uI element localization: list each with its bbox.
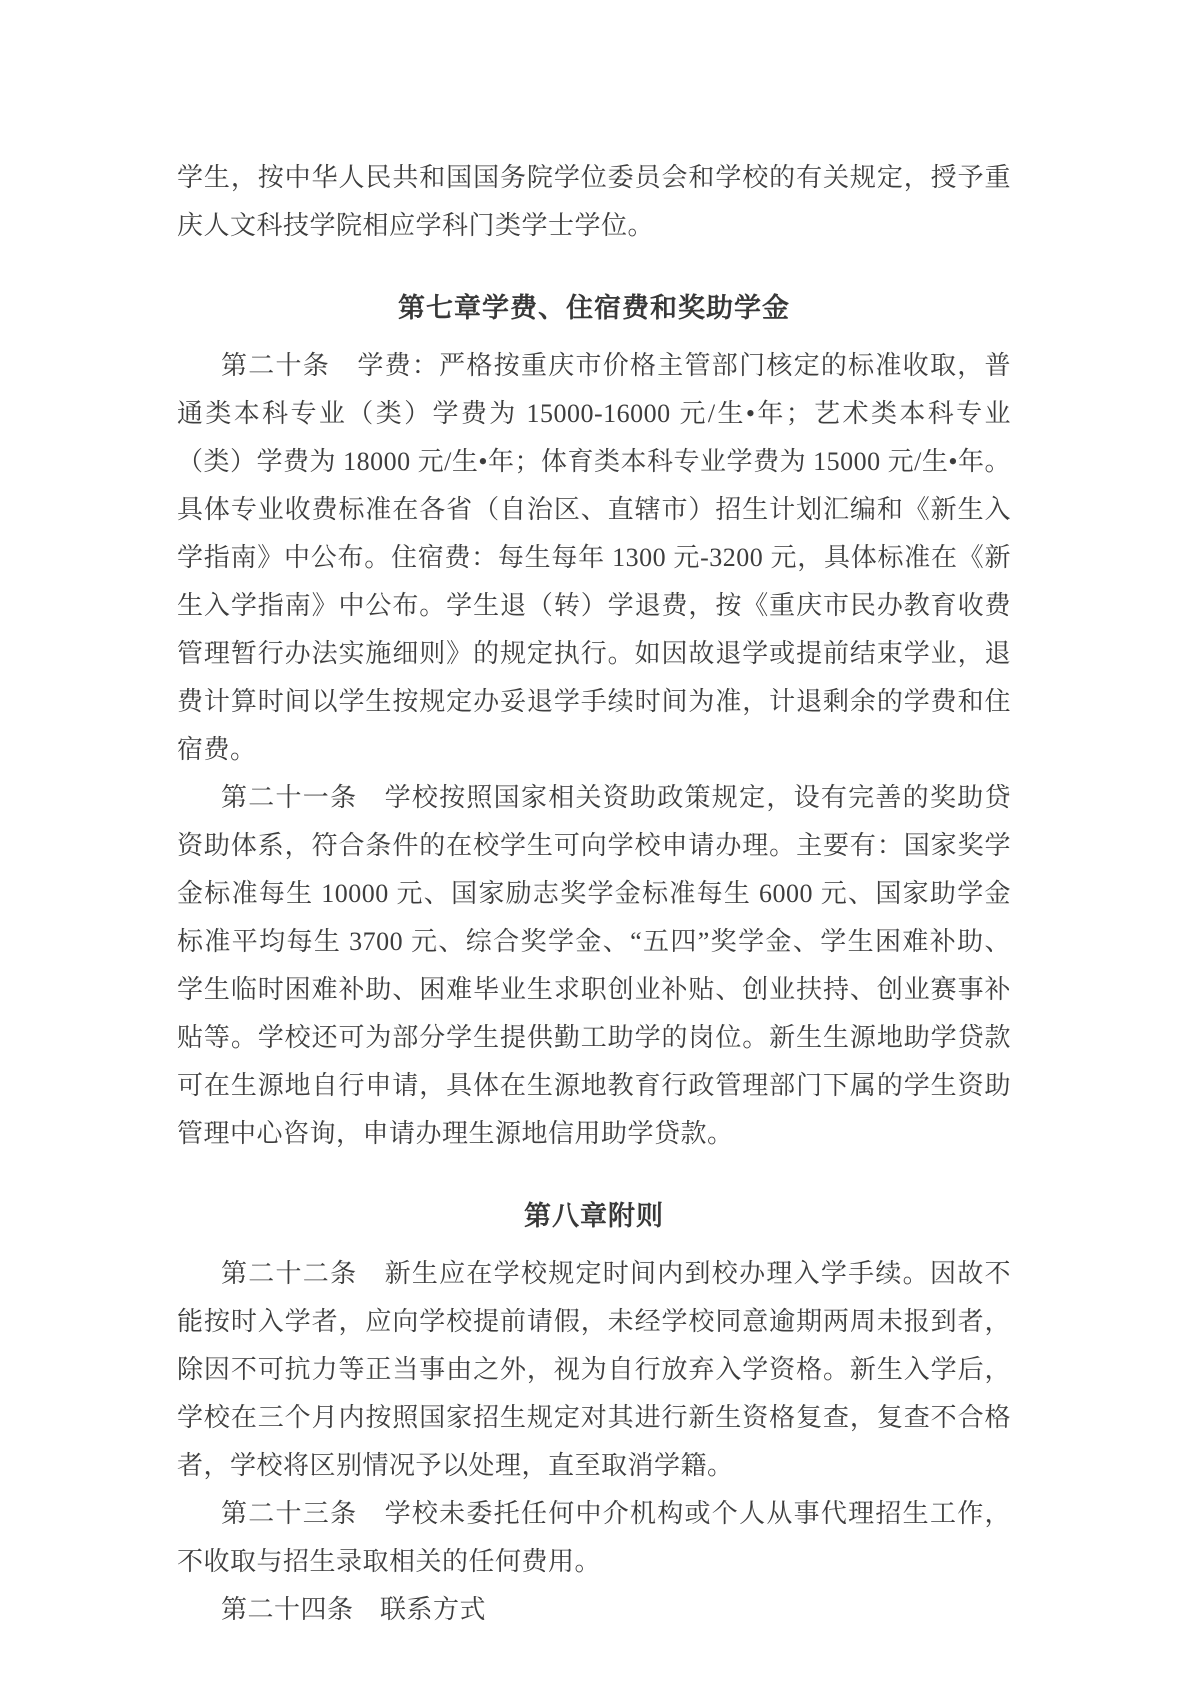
paragraph-article-23-no-agency: 第二十三条 学校未委托任何中介机构或个人从事代理招生工作，不收取与招生录取相关的… (177, 1490, 1011, 1586)
chapter-heading-8: 第八章附则 (177, 1192, 1011, 1240)
chapter-heading-7: 第七章学费、住宿费和奖助学金 (177, 284, 1011, 332)
paragraph-degree-award: 学生，按中华人民共和国国务院学位委员会和学校的有关规定，授予重庆人文科技学院相应… (177, 154, 1011, 250)
paragraph-article-20-tuition: 第二十条 学费：严格按重庆市价格主管部门核定的标准收取，普通类本科专业（类）学费… (177, 342, 1011, 774)
document-page: 学生，按中华人民共和国国务院学位委员会和学校的有关规定，授予重庆人文科技学院相应… (0, 0, 1191, 1684)
paragraph-article-24-contact: 第二十四条 联系方式 (177, 1586, 1011, 1634)
paragraph-article-21-scholarship: 第二十一条 学校按照国家相关资助政策规定，设有完善的奖助贷资助体系，符合条件的在… (177, 774, 1011, 1158)
paragraph-article-22-enrollment: 第二十二条 新生应在学校规定时间内到校办理入学手续。因故不能按时入学者，应向学校… (177, 1250, 1011, 1490)
